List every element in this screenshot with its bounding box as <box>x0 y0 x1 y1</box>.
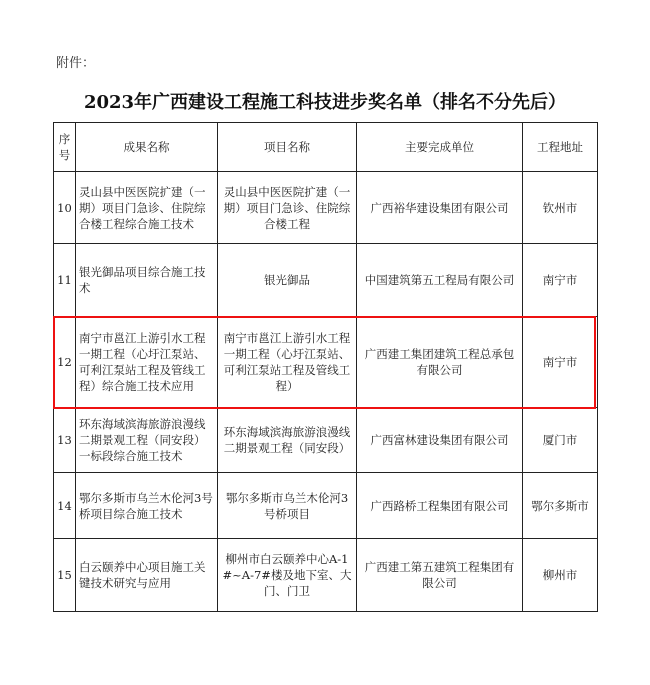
row-unit: 广西建工集团建筑工程总承包有限公司 <box>357 317 523 408</box>
row-achievement: 鄂尔多斯市乌兰木伦河3号桥项目综合施工技术 <box>76 473 218 539</box>
row-location: 南宁市 <box>523 244 598 317</box>
header-achievement: 成果名称 <box>76 123 218 172</box>
row-project: 环东海域滨海旅游浪漫线二期景观工程（同安段） <box>218 408 357 473</box>
row-project: 银光御品 <box>218 244 357 317</box>
row-project: 灵山县中医医院扩建（一期）项目门急诊、住院综合楼工程 <box>218 172 357 244</box>
row-achievement: 环东海域滨海旅游浪漫线二期景观工程（同安段）一标段综合施工技术 <box>76 408 218 473</box>
row-unit: 广西裕华建设集团有限公司 <box>357 172 523 244</box>
document-title: 2023年广西建设工程施工科技进步奖名单（排名不分先后） <box>0 88 650 114</box>
table-row: 14 鄂尔多斯市乌兰木伦河3号桥项目综合施工技术 鄂尔多斯市乌兰木伦河3号桥项目… <box>54 473 598 539</box>
row-achievement: 南宁市邕江上游引水工程一期工程（心圩江泵站、可利江泵站工程及管线工程）综合施工技… <box>76 317 218 408</box>
row-seq: 14 <box>54 473 76 539</box>
row-seq: 10 <box>54 172 76 244</box>
row-seq: 15 <box>54 539 76 612</box>
row-unit: 广西富林建设集团有限公司 <box>357 408 523 473</box>
header-unit: 主要完成单位 <box>357 123 523 172</box>
row-unit: 中国建筑第五工程局有限公司 <box>357 244 523 317</box>
row-project: 鄂尔多斯市乌兰木伦河3号桥项目 <box>218 473 357 539</box>
row-project: 南宁市邕江上游引水工程一期工程（心圩江泵站、可利江泵站工程及管线工程） <box>218 317 357 408</box>
row-project: 柳州市白云颐养中心A-1#~A-7#楼及地下室、大门、门卫 <box>218 539 357 612</box>
table-row: 11 银光御品项目综合施工技术 银光御品 中国建筑第五工程局有限公司 南宁市 <box>54 244 598 317</box>
row-location: 鄂尔多斯市 <box>523 473 598 539</box>
row-seq: 12 <box>54 317 76 408</box>
row-achievement: 灵山县中医医院扩建（一期）项目门急诊、住院综合楼工程综合施工技术 <box>76 172 218 244</box>
row-location: 南宁市 <box>523 317 598 408</box>
row-achievement: 银光御品项目综合施工技术 <box>76 244 218 317</box>
row-seq: 13 <box>54 408 76 473</box>
header-location: 工程地址 <box>523 123 598 172</box>
table-row: 15 白云颐养中心项目施工关键技术研究与应用 柳州市白云颐养中心A-1#~A-7… <box>54 539 598 612</box>
row-location: 厦门市 <box>523 408 598 473</box>
table-row-highlighted: 12 南宁市邕江上游引水工程一期工程（心圩江泵站、可利江泵站工程及管线工程）综合… <box>54 317 598 408</box>
attachment-label: 附件： <box>56 52 95 71</box>
header-project: 项目名称 <box>218 123 357 172</box>
table-header-row: 序 号 成果名称 项目名称 主要完成单位 工程地址 <box>54 123 598 172</box>
row-achievement: 白云颐养中心项目施工关键技术研究与应用 <box>76 539 218 612</box>
award-table: 序 号 成果名称 项目名称 主要完成单位 工程地址 10 灵山县中医医院扩建（一… <box>53 122 598 612</box>
row-unit: 广西建工第五建筑工程集团有限公司 <box>357 539 523 612</box>
row-location: 柳州市 <box>523 539 598 612</box>
row-seq: 11 <box>54 244 76 317</box>
row-location: 钦州市 <box>523 172 598 244</box>
table-row: 10 灵山县中医医院扩建（一期）项目门急诊、住院综合楼工程综合施工技术 灵山县中… <box>54 172 598 244</box>
table-row: 13 环东海域滨海旅游浪漫线二期景观工程（同安段）一标段综合施工技术 环东海域滨… <box>54 408 598 473</box>
header-seq: 序 号 <box>54 123 76 172</box>
row-unit: 广西路桥工程集团有限公司 <box>357 473 523 539</box>
